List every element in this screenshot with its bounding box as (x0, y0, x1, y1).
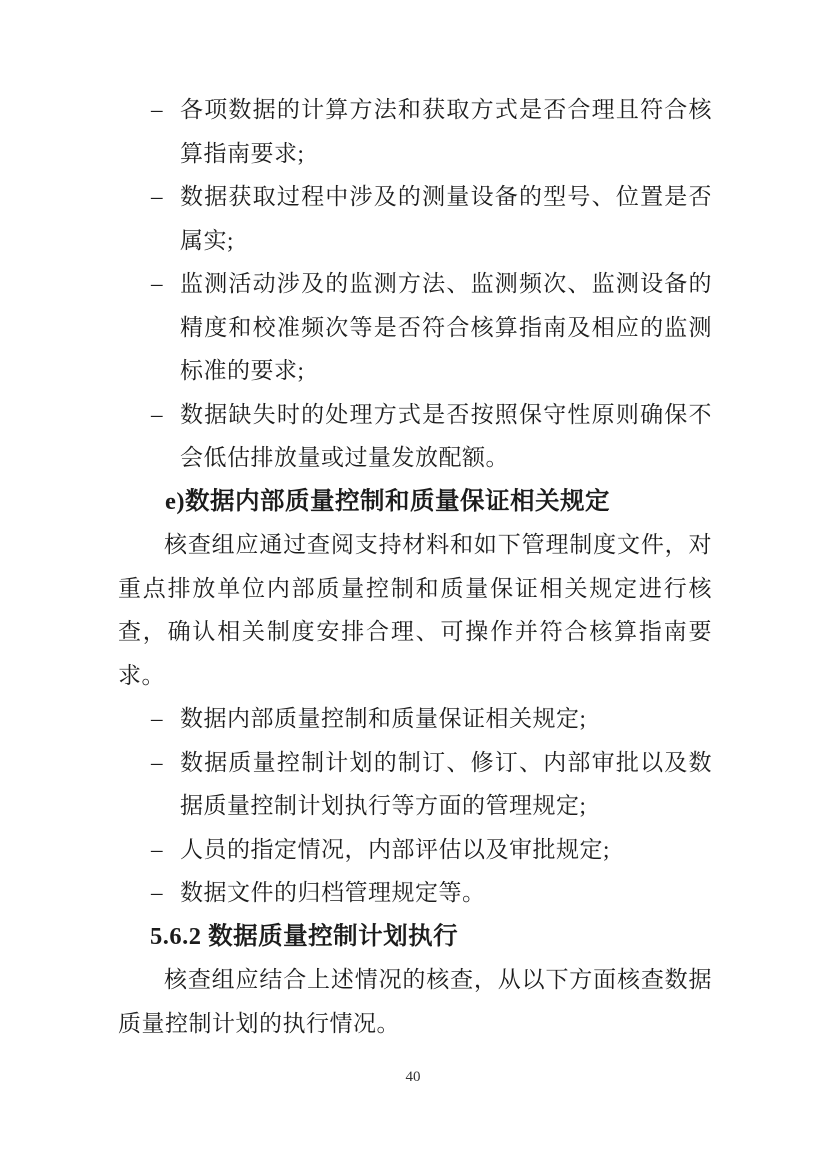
bullet-dash: – (151, 393, 163, 437)
list-item-text: 数据质量控制计划的制订、修订、内部审批以及数据质量控制计划执行等方面的管理规定; (180, 750, 712, 819)
section-heading-562: 5.6.2 数据质量控制计划执行 (118, 915, 712, 959)
section-heading-e: e)数据内部质量控制和质量保证相关规定 (118, 480, 712, 524)
list-item-text: 数据获取过程中涉及的测量设备的型号、位置是否属实; (180, 184, 712, 253)
list-item: – 数据质量控制计划的制订、修订、内部审批以及数据质量控制计划执行等方面的管理规… (118, 741, 712, 828)
list-item: – 数据文件的归档管理规定等。 (118, 871, 712, 915)
list-item: – 数据缺失时的处理方式是否按照保守性原则确保不会低估排放量或过量发放配额。 (118, 393, 712, 480)
list-item-text: 人员的指定情况，内部评估以及审批规定; (180, 837, 610, 862)
list-item-text: 各项数据的计算方法和获取方式是否合理且符合核算指南要求; (180, 97, 712, 166)
list-item-text: 数据文件的归档管理规定等。 (180, 880, 486, 905)
page-number: 40 (0, 1069, 826, 1086)
list-item: – 人员的指定情况，内部评估以及审批规定; (118, 828, 712, 872)
list-item: – 监测活动涉及的监测方法、监测频次、监测设备的精度和校准频次等是否符合核算指南… (118, 262, 712, 393)
bullet-dash: – (151, 871, 163, 915)
bullet-dash: – (151, 697, 163, 741)
list-item: – 数据内部质量控制和质量保证相关规定; (118, 697, 712, 741)
list-item-text: 数据内部质量控制和质量保证相关规定; (180, 706, 586, 731)
list-item: – 数据获取过程中涉及的测量设备的型号、位置是否属实; (118, 175, 712, 262)
paragraph: 核查组应结合上述情况的核查，从以下方面核查数据质量控制计划的执行情况。 (118, 958, 712, 1045)
bullet-dash: – (151, 262, 163, 306)
list-item-text: 数据缺失时的处理方式是否按照保守性原则确保不会低估排放量或过量发放配额。 (180, 402, 712, 471)
bullet-dash: – (151, 828, 163, 872)
list-item: – 各项数据的计算方法和获取方式是否合理且符合核算指南要求; (118, 88, 712, 175)
document-body: – 各项数据的计算方法和获取方式是否合理且符合核算指南要求; – 数据获取过程中… (118, 88, 712, 1045)
bullet-dash: – (151, 741, 163, 785)
document-page: – 各项数据的计算方法和获取方式是否合理且符合核算指南要求; – 数据获取过程中… (0, 0, 826, 1169)
list-item-text: 监测活动涉及的监测方法、监测频次、监测设备的精度和校准频次等是否符合核算指南及相… (180, 271, 712, 383)
bullet-dash: – (151, 175, 163, 219)
bullet-dash: – (151, 88, 163, 132)
paragraph: 核查组应通过查阅支持材料和如下管理制度文件，对重点排放单位内部质量控制和质量保证… (118, 523, 712, 697)
